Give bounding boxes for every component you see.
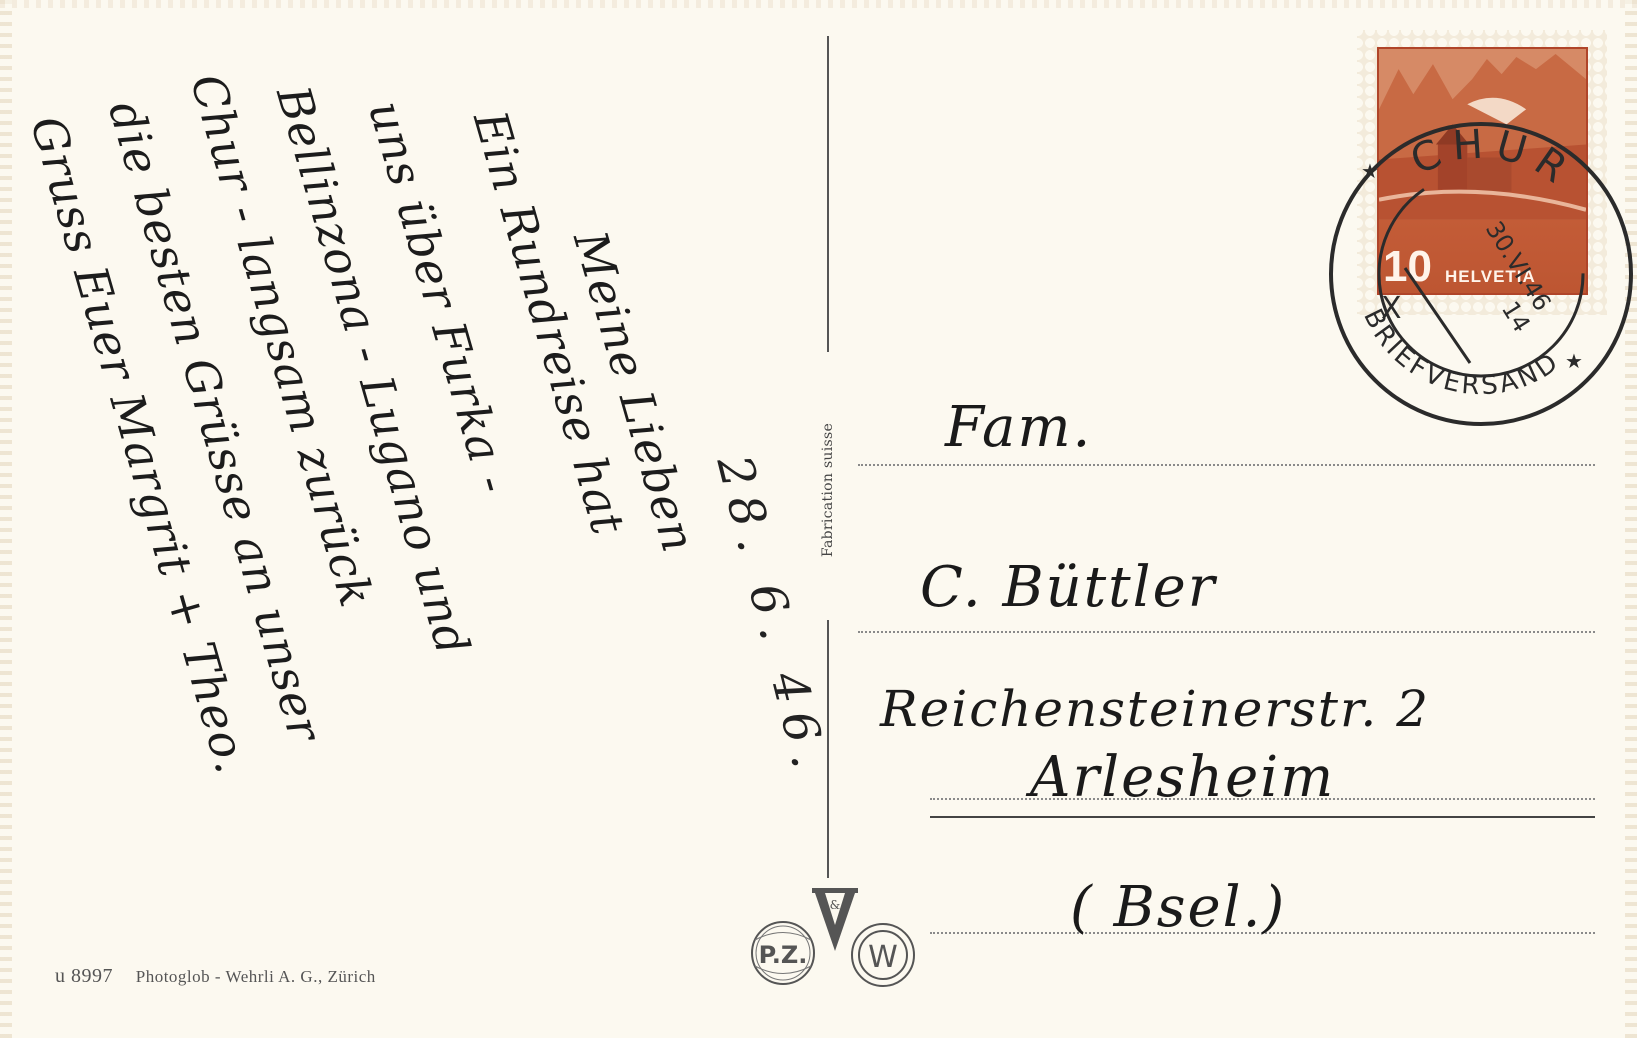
svg-text:BRIEFVERSAND: BRIEFVERSAND	[1357, 304, 1566, 401]
stamp-value: 10	[1383, 245, 1432, 289]
address-city: Arlesheim	[1030, 745, 1335, 810]
v-triangle-logo-icon: &	[812, 888, 858, 951]
deckled-edge-top	[0, 0, 1637, 8]
star-icon: ★	[1565, 349, 1583, 373]
postage-stamp: 10 HELVETIA	[1377, 47, 1588, 295]
address-recipient-prefix: Fam.	[945, 395, 1092, 460]
postcard: Meine Lieben Ein Rundreise hat uns über …	[0, 0, 1637, 1038]
center-divider-bottom	[827, 620, 829, 878]
publisher-imprint: u 8997 Photoglob - Wehrli A. G., Zürich	[55, 965, 376, 988]
deckled-edge-right	[1625, 0, 1637, 1038]
stamp-landscape-icon	[1379, 49, 1586, 220]
center-divider-top	[827, 36, 829, 352]
fabrication-label: Fabrication suisse	[818, 390, 838, 590]
svg-text:&: &	[830, 898, 841, 912]
svg-text:P.Z.: P.Z.	[759, 941, 808, 969]
postmark-service: BRIEFVERSAND	[1357, 304, 1566, 401]
card-number: u 8997	[55, 965, 113, 987]
address-recipient-name: C. Büttler	[920, 555, 1217, 620]
publisher-logos: P.Z. & W	[745, 885, 925, 995]
svg-text:W: W	[868, 940, 898, 975]
pz-globe-icon: P.Z.	[752, 922, 814, 984]
address-street: Reichensteinerstr. 2	[880, 680, 1430, 738]
deckled-edge-left	[0, 0, 12, 1038]
publisher-name: Photoglob - Wehrli A. G., Zürich	[136, 967, 376, 986]
w-circle-logo-icon: W	[852, 924, 914, 986]
address-line-4-solid	[930, 816, 1595, 818]
stamp-country: HELVETIA	[1445, 267, 1536, 287]
address-line-2	[858, 631, 1595, 633]
address-line-1	[858, 464, 1595, 466]
address-canton: ( Bsel.)	[1070, 875, 1286, 940]
